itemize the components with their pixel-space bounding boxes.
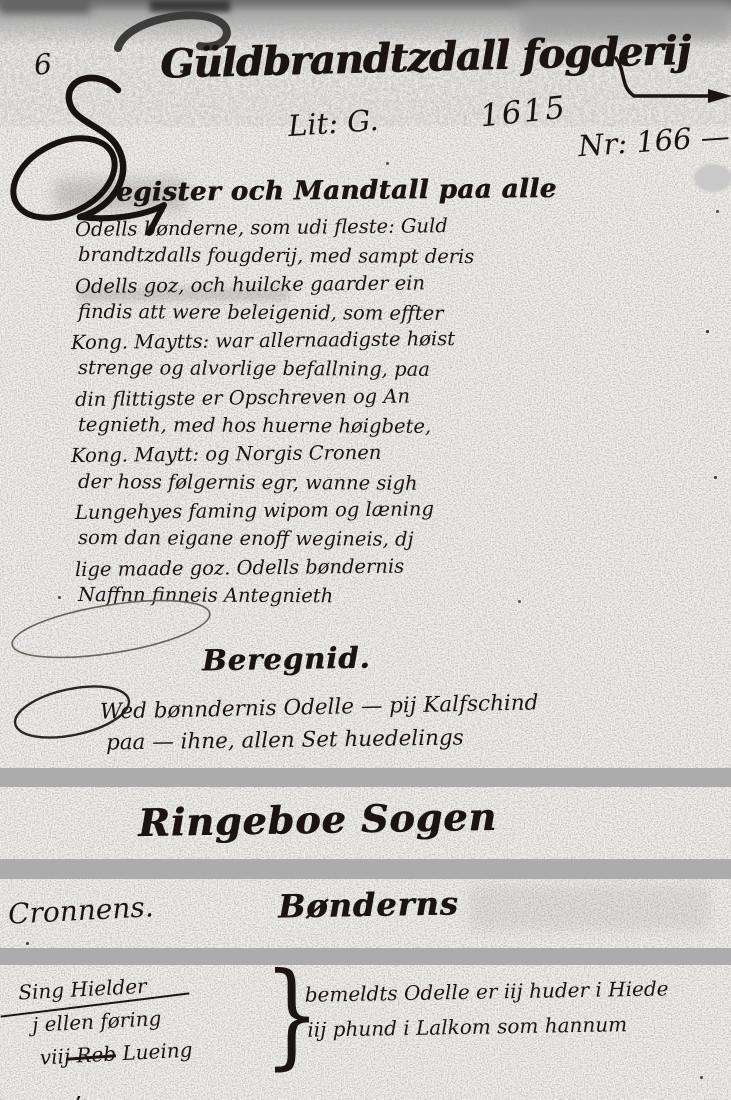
register-heading: egister och Mandtall paa alle (116, 174, 557, 208)
subheading-beregnid: Beregnid. (202, 641, 371, 678)
body-line: Lungehyes faming wipom og læning (75, 495, 467, 527)
register-heading-text: egister och Mandtall paa alle (116, 174, 557, 208)
scan-blob-right (694, 164, 731, 192)
column-header-farmers: Bønderns (278, 884, 459, 925)
scan-smear-faint (470, 885, 710, 930)
entry-right-line: iij phund i Lalkom som hannum (307, 1005, 731, 1047)
body-line: brandtzdalls fougderij, med sampt deris (78, 241, 467, 271)
paper-specks (706, 330, 709, 333)
lit-label: Lit: G. (287, 103, 380, 143)
body-line: Kong. Maytts: war allernaadigste høist (71, 325, 467, 357)
separator-bar (0, 768, 731, 787)
body-line: som dan eigane enoff wegineis, dj (78, 524, 467, 554)
body-line: der hoss følgernis egr, wanne sigh (78, 468, 467, 498)
entry-right-line: bemeldts Odelle er iij huder i Hiede (304, 970, 731, 1012)
register-body: Odells bønderne, som udi fleste: Guld br… (75, 214, 467, 610)
body-line: Odells goz, och huilcke gaarder ein (75, 269, 467, 301)
comma-mark: , (74, 1076, 82, 1100)
body-line: Odells bønderne, som udi fleste: Guld (75, 212, 467, 244)
entry-left-column: Sing Hielder j ellen føring viij Reb Lue… (18, 968, 194, 1076)
separator-bar (0, 859, 731, 879)
separator-bar (0, 948, 731, 965)
body-line: strenge og alvorlige befallning, paa (78, 354, 467, 384)
parish-heading: Ringeboe Sogen (138, 794, 498, 845)
entry-right-column: bemeldts Odelle er iij huder i Hiede iij… (304, 970, 731, 1047)
underline-arrow-flourish (592, 56, 731, 108)
oval-flourish (6, 594, 226, 664)
body-line: din flittigste er Opschreven og An (75, 382, 467, 414)
closing-line: paa — ihne, allen Set huedelings (106, 726, 464, 756)
body-line: lige maade goz. Odells bøndernis (75, 552, 467, 584)
scan-smudge-top-left (0, 0, 90, 14)
body-line: Kong. Maytt: og Norgis Cronen (71, 438, 467, 470)
body-line: findis att were beleigenid, som effter (78, 298, 467, 328)
scanned-document-page: 6 Güldbrandtzdall fogderij Lit: G. 1615 … (0, 0, 731, 1100)
arrow-head (708, 89, 731, 103)
body-line: tegnieth, med hos huerne høigbete, (78, 411, 467, 441)
folio-number: 6 (32, 47, 53, 82)
